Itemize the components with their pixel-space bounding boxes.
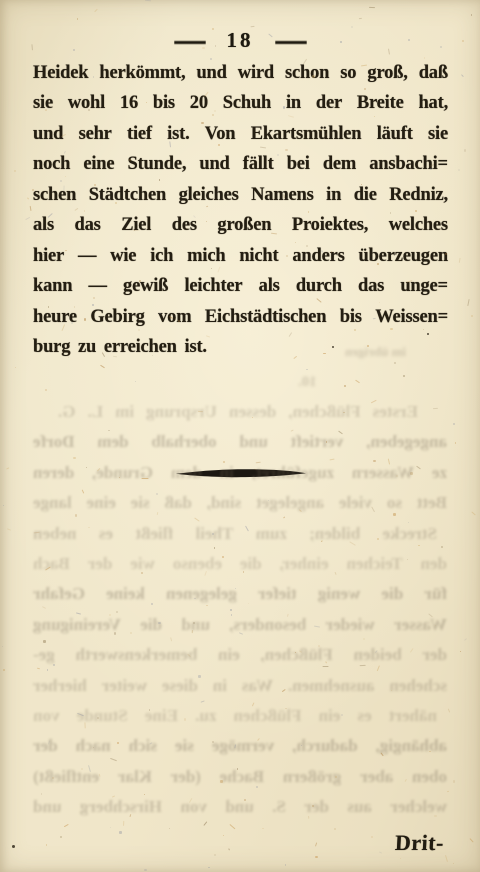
word: beiden <box>354 645 402 665</box>
paper-speck <box>110 757 117 760</box>
paper-speck <box>403 375 406 378</box>
show-through-line: welcherausderS.undvonHirschbergund <box>33 797 447 817</box>
show-through-line: schehenausnehmen.Wasindieseweiterhierher <box>33 676 447 696</box>
show-through-line: fürdiewenigtiefergelegenenkeineGefahr <box>33 584 447 604</box>
word: noch <box>33 154 70 175</box>
word: (der <box>171 767 201 787</box>
word: Grunde, <box>92 463 153 483</box>
paper-speck <box>116 611 117 612</box>
paper-speck <box>344 385 346 387</box>
show-through-line: ErstesFlüßchen,dessenUrsprungimL.G. <box>58 402 418 422</box>
paper-speck <box>230 824 236 829</box>
paper-speck <box>145 0 151 2</box>
paper-speck <box>123 820 124 825</box>
word: Klar <box>118 767 152 787</box>
paper-speck <box>77 18 79 20</box>
word: ausnehmen. <box>288 676 374 696</box>
paper-speck <box>371 836 373 838</box>
paper-speck <box>201 701 205 703</box>
word: gewiß <box>123 276 168 297</box>
paper-speck <box>334 828 336 830</box>
word: Eichstädtischen <box>205 307 326 328</box>
text-line: undsehrtiefist.VonEkartsmühlenläuftsie <box>33 124 448 154</box>
paper-speck <box>95 9 99 13</box>
show-through-line: Streckebilden;zumTheilfließtesneben <box>33 524 437 544</box>
word: bei <box>287 154 310 175</box>
show-through-line: angegeben,vertieftundoberhalbdemDorfe <box>33 432 447 452</box>
paper-speck <box>464 149 466 151</box>
word: Flüßchen <box>233 706 301 726</box>
text-line: Heidekherkömmt,undwirdschonsogroß,daß <box>33 63 448 93</box>
paper-speck <box>433 408 438 409</box>
word: hierher <box>33 676 87 696</box>
word: angegeben, <box>366 432 447 452</box>
word: dessen <box>229 402 276 422</box>
word: Strecke <box>383 524 437 544</box>
body-paragraph: Heidekherkömmt,undwirdschonsogroß,daßsie… <box>33 63 448 367</box>
word: nicht <box>239 246 278 267</box>
word: hat, <box>418 93 448 114</box>
paper-speck <box>228 848 230 850</box>
word: vom <box>158 307 191 328</box>
word: großen <box>217 215 271 236</box>
paper-speck <box>377 665 380 671</box>
word: zugeführet, <box>252 463 334 483</box>
paper-speck <box>144 794 145 795</box>
word: dem <box>171 463 202 483</box>
paper-speck <box>330 459 335 461</box>
word: kann <box>33 276 72 297</box>
paper-speck <box>283 517 285 519</box>
paper-speck <box>210 58 212 60</box>
paper-speck <box>291 430 294 432</box>
word: dem <box>323 154 356 175</box>
paper-speck <box>41 793 43 795</box>
word: ebenso <box>173 554 222 574</box>
word: und <box>33 797 61 817</box>
word: daß <box>419 63 448 84</box>
paper-speck <box>306 369 307 370</box>
word: des <box>172 215 197 236</box>
word: in <box>213 676 227 696</box>
word: deren <box>33 463 74 483</box>
paper-speck <box>194 518 199 522</box>
paper-speck <box>459 258 461 263</box>
word: die <box>354 185 377 206</box>
word: sie <box>131 493 150 513</box>
paper-speck <box>3 505 4 506</box>
word: Ekartsmühlen <box>251 124 362 145</box>
word: sehr <box>79 124 112 145</box>
word: 20 <box>190 93 208 114</box>
paper-speck <box>30 206 32 211</box>
word: schen <box>33 185 76 206</box>
word: hier <box>33 246 64 267</box>
word: einher, <box>280 554 329 574</box>
word: sie <box>428 124 448 145</box>
word: unge= <box>400 276 448 297</box>
word: burg <box>33 337 70 358</box>
paper-speck <box>108 430 109 431</box>
word: keine <box>106 584 145 604</box>
word: Wassern <box>352 463 414 483</box>
paper-speck <box>285 864 286 865</box>
word: es <box>99 524 113 544</box>
word: in <box>286 93 301 114</box>
paper-speck <box>461 74 463 77</box>
word: nähert <box>389 706 437 726</box>
word: in <box>220 463 234 483</box>
word: Eine <box>145 706 178 726</box>
paper-speck <box>447 791 449 792</box>
word: fließt <box>135 524 173 544</box>
paper-speck <box>170 637 172 641</box>
paper-speck <box>14 170 16 172</box>
paper-speck <box>3 669 5 671</box>
word: Flüßchen, <box>261 645 333 665</box>
paper-speck <box>448 709 450 713</box>
show-through-line: Bettsovieleangelegetsind,daßsieeinelange <box>33 493 447 513</box>
paper-speck <box>60 836 62 838</box>
word: als <box>33 215 54 236</box>
word: läuft <box>377 124 413 145</box>
word: wohl <box>68 93 105 114</box>
paper-speck <box>360 665 366 666</box>
word: Ziel <box>121 215 151 236</box>
paper-speck <box>470 838 474 843</box>
paper-speck <box>455 442 457 444</box>
word: und <box>33 124 63 145</box>
word: Stunde, <box>128 154 187 175</box>
word: Gebirg <box>90 307 144 328</box>
word: und <box>181 615 209 635</box>
word: die <box>381 584 403 604</box>
paper-speck <box>2 646 4 648</box>
paper-speck <box>424 57 426 59</box>
word: tief <box>127 124 152 145</box>
paper-speck <box>37 668 40 670</box>
word: das <box>358 276 384 297</box>
running-head: — 18 — <box>0 24 480 56</box>
word: — <box>78 246 96 267</box>
show-through-line: näherteseinFlüßchenzu.EineStundevon <box>33 706 437 726</box>
paper-speck <box>75 514 77 516</box>
word: sind, <box>207 493 242 513</box>
page-number: 18 <box>227 28 254 53</box>
word: oberhalb <box>151 432 216 452</box>
paper-speck <box>47 669 48 670</box>
paper-speck <box>369 6 375 7</box>
word: wie <box>110 246 136 267</box>
word: lange <box>33 493 72 513</box>
word: der <box>33 736 58 756</box>
paper-speck <box>27 197 29 199</box>
paper-speck <box>119 831 122 834</box>
word: bis <box>340 307 362 328</box>
word: schon <box>285 63 329 84</box>
paper-speck <box>359 18 362 19</box>
word: Bett <box>417 493 447 513</box>
word: bemerkenswerth <box>76 645 198 665</box>
text-line: alsdasZieldesgroßenProiektes,welches <box>33 215 448 245</box>
word: wird <box>238 63 274 84</box>
word: Weissen= <box>375 307 448 328</box>
word: leichter <box>184 276 242 297</box>
paper-speck <box>7 528 11 530</box>
paper-speck <box>315 856 318 859</box>
paper-speck <box>458 169 460 171</box>
word: zum <box>256 524 287 544</box>
word: mich <box>187 246 225 267</box>
paper-speck <box>45 389 47 391</box>
word: so <box>387 493 402 513</box>
word: 16 <box>120 93 138 114</box>
word: Heidek <box>33 63 88 84</box>
paper-speck <box>471 315 473 317</box>
word: aus <box>347 797 372 817</box>
word: größern <box>283 767 342 787</box>
word: schehen <box>389 676 447 696</box>
paper-speck <box>373 460 375 462</box>
paper-speck <box>25 217 30 220</box>
word: eine <box>87 493 116 513</box>
word: Stunde <box>77 706 128 726</box>
paper-speck <box>64 824 69 827</box>
ink-fleck <box>12 845 15 848</box>
word: Wasser <box>394 615 447 635</box>
word: die <box>140 615 162 635</box>
word: Vereinigung <box>33 615 121 635</box>
paper-speck <box>262 828 264 830</box>
paper-speck <box>6 467 9 469</box>
show-through-fragment: im übrigen <box>345 344 406 360</box>
paper-speck <box>135 381 136 382</box>
word: entfließt) <box>33 767 99 787</box>
word: wie <box>130 554 155 574</box>
paper-speck <box>230 609 231 610</box>
word: tiefer <box>258 584 297 604</box>
show-through-line: derbeidenFlüßchen,einbemerkenswerthge- <box>33 645 447 665</box>
word: Was <box>242 676 273 696</box>
show-through-line: abhängig,dadurch,vermögesiesichnachder <box>33 736 447 756</box>
word: besonders, <box>229 615 306 635</box>
paper-speck <box>468 299 470 306</box>
word: durch <box>296 276 342 297</box>
paper-speck <box>472 512 477 516</box>
word: ist. <box>185 337 207 358</box>
word: bis <box>153 93 175 114</box>
word: das <box>75 215 101 236</box>
word: Redniz, <box>389 185 448 206</box>
word: Theil <box>196 524 234 544</box>
word: Dorfe <box>33 432 75 452</box>
word: sie <box>175 736 194 756</box>
catchword: Drit- <box>394 830 444 856</box>
paper-speck <box>208 867 209 868</box>
paper-speck <box>355 380 360 384</box>
word: dem <box>97 432 128 452</box>
word: Hirschberg <box>80 797 162 817</box>
paper-speck <box>441 546 443 548</box>
word: sie <box>33 93 53 114</box>
word: diese <box>162 676 198 696</box>
paper-speck <box>214 854 216 856</box>
word: und <box>239 432 267 452</box>
word: L. <box>88 402 104 422</box>
word: von <box>33 706 59 726</box>
paper-speck <box>169 828 170 829</box>
word: in <box>326 185 341 206</box>
paper-speck <box>223 835 224 836</box>
word: nach <box>76 736 111 756</box>
word: fällt <box>243 154 274 175</box>
word: Flüßchen, <box>288 402 360 422</box>
paper-speck <box>453 780 455 782</box>
paper-speck <box>206 605 207 606</box>
word: viele <box>339 493 372 513</box>
word: der <box>304 797 329 817</box>
word: anders <box>292 246 344 267</box>
word: S. <box>272 797 286 817</box>
word: zu <box>78 337 96 358</box>
text-line: hier—wieichmichnichtandersüberzeugen <box>33 246 448 276</box>
text-line: nocheineStunde,undfälltbeidemansbachi= <box>33 154 448 184</box>
word: überzeugen <box>359 246 448 267</box>
word: eine <box>83 154 114 175</box>
paper-speck <box>378 851 381 853</box>
word: für <box>424 584 447 604</box>
word: welches <box>389 215 448 236</box>
paper-speck <box>465 638 468 641</box>
paper-speck <box>418 545 420 547</box>
paper-speck <box>453 863 454 864</box>
word: ze <box>432 463 447 483</box>
word: wieder <box>326 615 375 635</box>
paper-speck <box>46 844 48 846</box>
word: Teichen <box>347 554 403 574</box>
word: den <box>421 554 447 574</box>
word: der <box>316 93 342 114</box>
word: bilden; <box>309 524 360 544</box>
word: und <box>196 63 226 84</box>
word: ge- <box>33 645 55 665</box>
paper-speck <box>144 869 146 871</box>
word: weiter <box>102 676 147 696</box>
paper-speck <box>110 827 111 828</box>
word: vermöge <box>212 736 274 756</box>
paper-speck <box>315 842 317 846</box>
word: ein <box>218 645 240 665</box>
text-line: heureGebirgvomEichstädtischenbisWeissen= <box>33 307 448 337</box>
paper-speck <box>363 638 365 640</box>
word: heure <box>33 307 77 328</box>
word: Proiektes, <box>292 215 368 236</box>
word: herkömmt, <box>99 63 185 84</box>
word: vertieft <box>291 432 344 452</box>
paper-speck <box>460 651 461 652</box>
text-line: schenStädtchengleichesNamensindieRedniz, <box>33 185 448 215</box>
word: ansbachi= <box>369 154 448 175</box>
paper-speck <box>42 606 46 609</box>
word: der <box>88 554 113 574</box>
word: zu. <box>195 706 216 726</box>
paper-speck <box>214 547 215 548</box>
word: Schuh <box>223 93 271 114</box>
word: gelegenen <box>166 584 237 604</box>
word: von <box>180 797 206 817</box>
word: G. <box>58 402 75 422</box>
paper-speck <box>393 513 395 515</box>
word: ich <box>150 246 173 267</box>
word: Ursprung <box>146 402 217 422</box>
paper-speck <box>445 855 448 862</box>
show-through-line: Wasserwiederbesonders,unddieVereinigung <box>33 615 447 635</box>
word: gleiches <box>179 185 239 206</box>
word: Städtchen <box>89 185 166 206</box>
word: ein <box>319 706 341 726</box>
word: daß <box>164 493 191 513</box>
word: sich <box>129 736 157 756</box>
word: angeleget <box>256 493 324 513</box>
word: dadurch, <box>292 736 357 756</box>
word: groß, <box>367 63 407 84</box>
word: Bach <box>33 554 70 574</box>
word: — <box>89 276 107 297</box>
word: Gefahr <box>33 584 85 604</box>
paper-speck <box>323 665 329 666</box>
word: neben <box>33 524 76 544</box>
word: Bache <box>220 767 264 787</box>
word: ist. <box>167 124 189 145</box>
paper-speck <box>73 457 75 459</box>
paper-speck <box>471 14 473 16</box>
word: erreichen <box>104 337 177 358</box>
word: aber <box>360 767 393 787</box>
paper-speck <box>15 367 17 369</box>
show-through-line: obenabergrößernBache(derKlarentfließt) <box>33 767 447 787</box>
word: Namens <box>251 185 314 206</box>
word: oben <box>412 767 447 787</box>
word: und <box>199 154 229 175</box>
header-left-dash: — <box>174 19 205 61</box>
word: Von <box>205 124 236 145</box>
paper-speck <box>453 423 455 425</box>
show-through-line: zeWassernzugeführet,indemGrunde,deren <box>33 463 447 483</box>
paper-speck <box>400 858 402 860</box>
text-line: siewohl16bis20SchuhinderBreitehat, <box>33 93 448 123</box>
show-through-line: denTeicheneinher,dieebensowiederBach <box>33 554 447 574</box>
paper-speck <box>43 640 45 642</box>
paper-speck <box>204 821 208 825</box>
word: es <box>358 706 372 726</box>
word: die <box>240 554 262 574</box>
word: abhängig, <box>376 736 447 756</box>
text-line: kann—gewißleichteralsdurchdasunge= <box>33 276 448 306</box>
word: der <box>422 645 447 665</box>
header-right-dash: — <box>275 19 306 61</box>
word: als <box>259 276 280 297</box>
word: im <box>115 402 134 422</box>
book-page: — 18 — Heidekherkömmt,undwirdschonsogroß… <box>0 0 480 872</box>
word: wenig <box>318 584 361 604</box>
show-through-fragment: 10. <box>298 374 317 391</box>
word: Breite <box>357 93 404 114</box>
word: welcher <box>390 797 447 817</box>
word: Erstes <box>373 402 418 422</box>
word: und <box>225 797 253 817</box>
word: so <box>340 63 356 84</box>
